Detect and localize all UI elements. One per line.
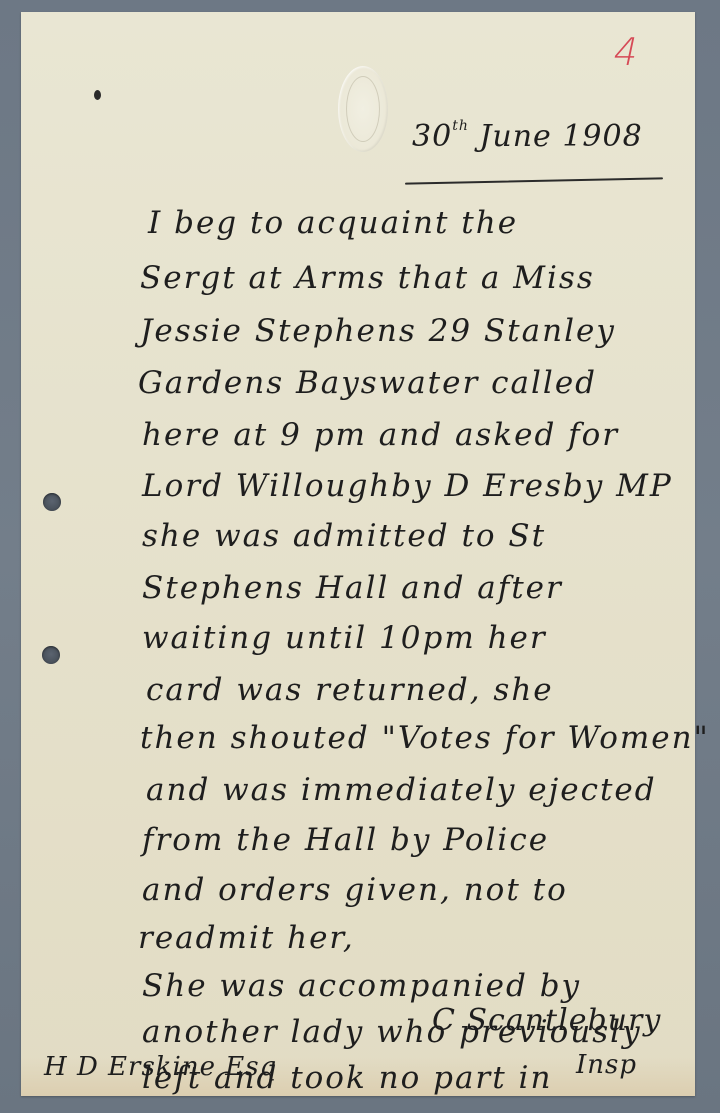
- body-line: she was admitted to St: [142, 518, 546, 554]
- body-line: Jessie Stephens 29 Stanley: [140, 313, 616, 349]
- signature-title: Insp: [576, 1050, 637, 1080]
- embossed-seal-icon: [338, 66, 388, 152]
- body-line: Lord Willoughby D Eresby MP: [142, 468, 673, 504]
- body-line: readmit her,: [138, 920, 355, 956]
- body-line: and orders given, not to: [142, 872, 568, 908]
- body-line: Gardens Bayswater called: [138, 365, 597, 401]
- body-line: waiting until 10pm her: [142, 620, 547, 656]
- body-line: She was accompanied by: [142, 968, 581, 1004]
- body-line: then shouted "Votes for Women": [140, 720, 710, 756]
- binder-hole-upper: [43, 493, 61, 511]
- date-day: 30: [412, 119, 452, 154]
- body-line: and was immediately ejected: [146, 772, 657, 808]
- body-line: Stephens Hall and after: [142, 570, 563, 606]
- date-month-year: June 1908: [479, 119, 642, 154]
- body-line: Sergt at Arms that a Miss: [140, 260, 595, 296]
- body-line: from the Hall by Police: [142, 822, 549, 858]
- ink-blot: [94, 90, 101, 100]
- addressee: H D Erskine Esq: [44, 1052, 277, 1082]
- body-line: I beg to acquaint the: [148, 205, 518, 241]
- letter-date: 30th June 1908: [412, 118, 643, 154]
- body-line: here at 9 pm and asked for: [142, 417, 619, 453]
- letter-page: [21, 12, 695, 1096]
- binder-hole-lower: [42, 646, 60, 664]
- body-line: card was returned, she: [146, 672, 554, 708]
- date-suffix: th: [452, 118, 469, 134]
- signature: C Scantlebury: [432, 1003, 661, 1038]
